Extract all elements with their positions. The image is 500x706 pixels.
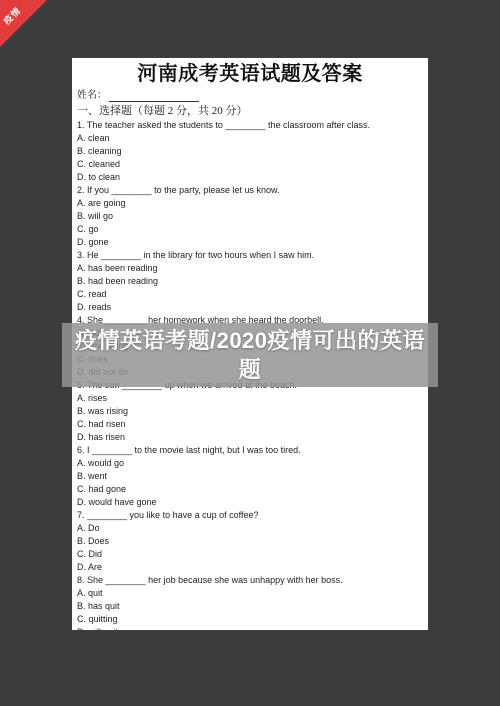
question-option: C. had risen	[77, 418, 423, 431]
question-option: C. quitting	[77, 613, 423, 626]
question-option: A. rises	[77, 392, 423, 405]
question-option: B. cleaning	[77, 145, 423, 158]
question-option: D. would have gone	[77, 496, 423, 509]
question-option: D. Are	[77, 561, 423, 574]
overlay-banner-text-line-2: 题	[239, 355, 262, 384]
question-option: D. will quit	[77, 626, 423, 631]
question-option: A. has been reading	[77, 262, 423, 275]
section-heading: 一、选择题（每题 2 分，共 20 分）	[77, 104, 423, 118]
question-option: D. reads	[77, 301, 423, 314]
paper-title: 河南成考英语试题及答案	[77, 62, 423, 86]
question-option: C. go	[77, 223, 423, 236]
question-stem: 6. I ________ to the movie last night, b…	[77, 444, 423, 457]
question-option: B. had been reading	[77, 275, 423, 288]
overlay-banner-text-line-1: 疫情英语考题/2020疫情可出的英语	[75, 326, 425, 355]
question-option: A. clean	[77, 132, 423, 145]
question-option: B. will go	[77, 210, 423, 223]
question-option: B. went	[77, 470, 423, 483]
question-option: D. gone	[77, 236, 423, 249]
page-root: 疫情 河南成考英语试题及答案 姓名： 一、选择题（每题 2 分，共 20 分） …	[0, 0, 500, 706]
question-option: B. Does	[77, 535, 423, 548]
name-row: 姓名：	[77, 89, 423, 102]
question-option: B. was rising	[77, 405, 423, 418]
question-option: B. has quit	[77, 600, 423, 613]
question-option: A. are going	[77, 197, 423, 210]
question-stem: 1. The teacher asked the students to ___…	[77, 119, 423, 132]
question-stem: 8. She ________ her job because she was …	[77, 574, 423, 587]
question-option: C. Did	[77, 548, 423, 561]
question-option: C. had gone	[77, 483, 423, 496]
question-stem: 3. He ________ in the library for two ho…	[77, 249, 423, 262]
question-option: A. quit	[77, 587, 423, 600]
question-option: C. cleaned	[77, 158, 423, 171]
question-option: D. has risen	[77, 431, 423, 444]
question-option: A. Do	[77, 522, 423, 535]
name-label: 姓名：	[77, 89, 107, 102]
question-option: A. would go	[77, 457, 423, 470]
question-stem: 2. If you ________ to the party, please …	[77, 184, 423, 197]
overlay-banner: 疫情英语考题/2020疫情可出的英语 题	[62, 323, 438, 387]
question-option: C. read	[77, 288, 423, 301]
question-stem: 7. ________ you like to have a cup of co…	[77, 509, 423, 522]
question-option: D. to clean	[77, 171, 423, 184]
name-blank-line	[109, 91, 199, 102]
